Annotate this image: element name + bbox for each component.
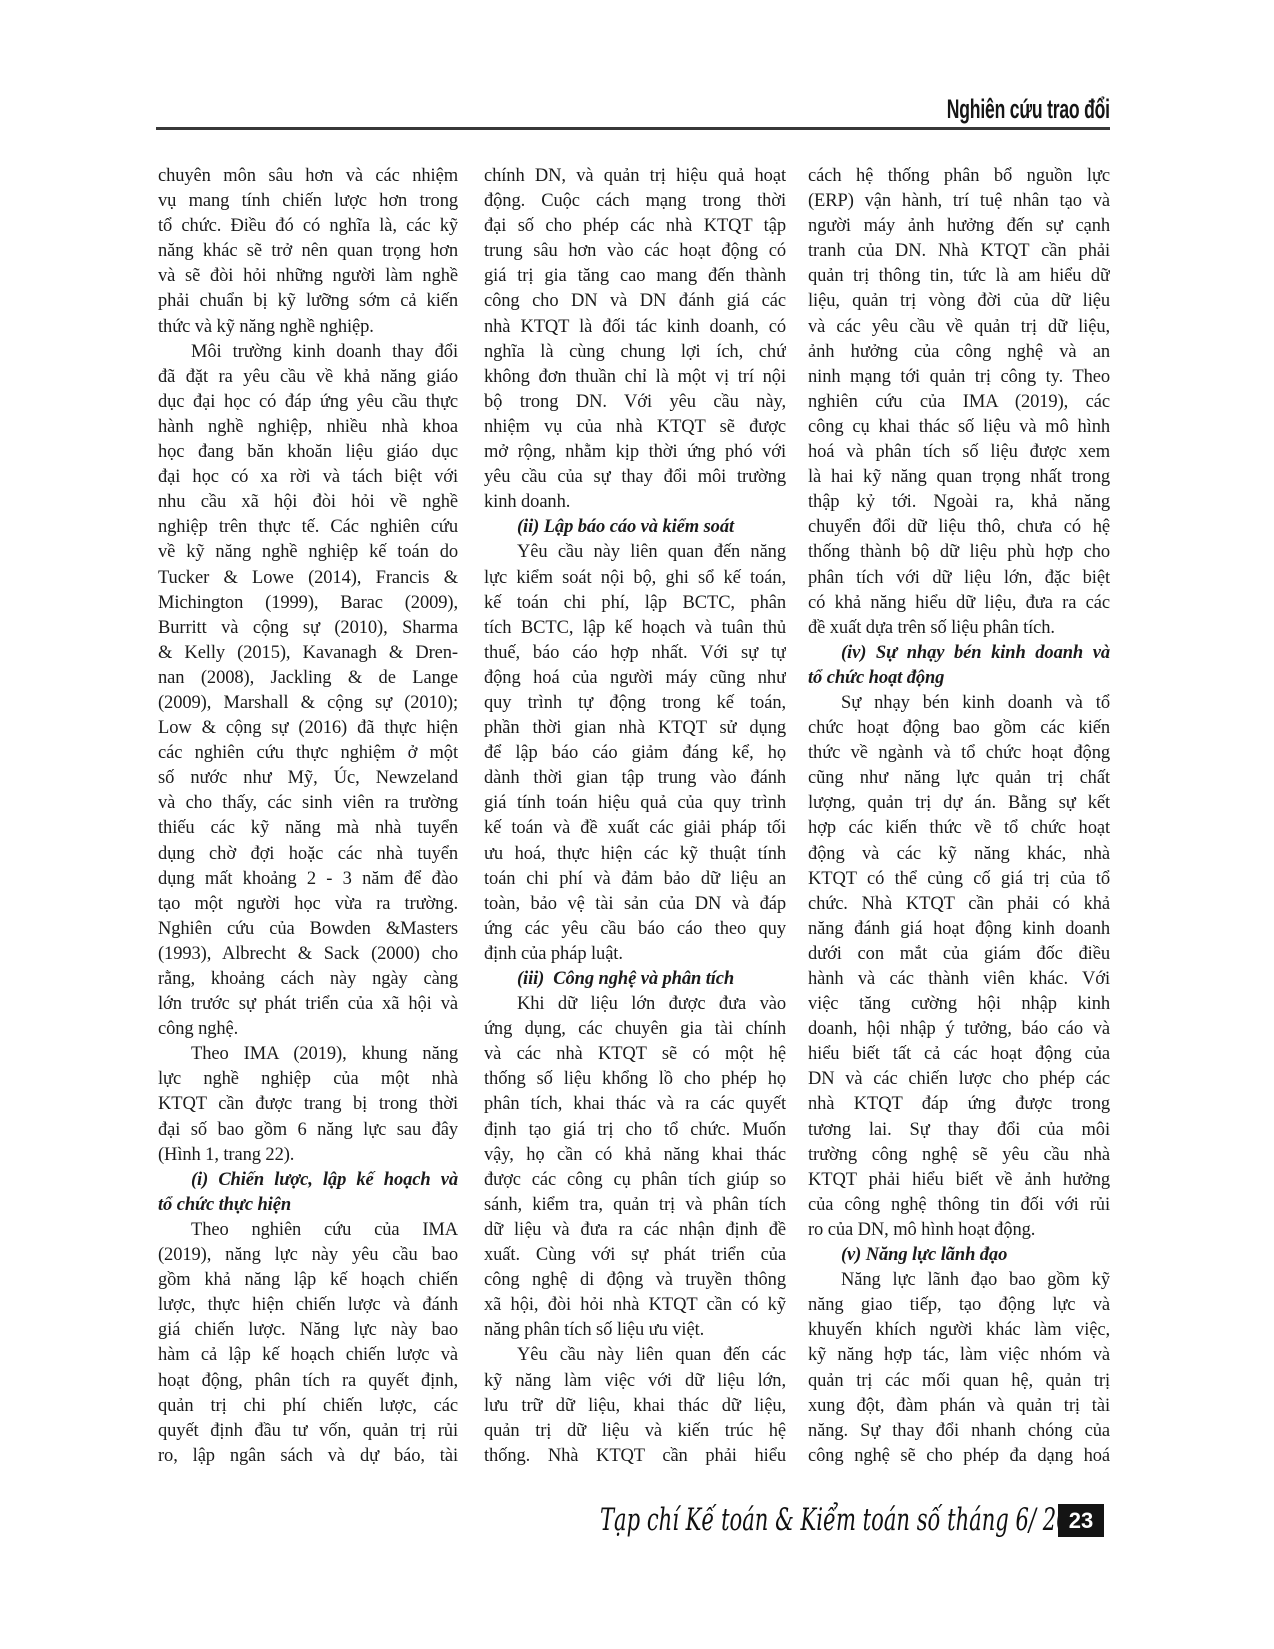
text-line: cũng như năng lực quản trị chất (808, 766, 1110, 791)
text-line: động và các kỹ năng khác, nhà (808, 842, 1110, 867)
text-column-1: chuyên môn sâu hơn và các nhiệmvụ mang t… (158, 164, 458, 1469)
text-line: kế toán chi phí, lập BCTC, phân (484, 591, 786, 616)
text-column-3: cách hệ thống phân bổ nguồn lực(ERP) vận… (808, 164, 1110, 1469)
text-line: công nghệ. (158, 1017, 458, 1042)
text-line: thống thành bộ dữ liệu phù hợp cho (808, 540, 1110, 565)
text-line: KTQT cần được trang bị trong thời (158, 1092, 458, 1117)
text-line: chuyển đổi dữ liệu thô, chưa có hệ (808, 515, 1110, 540)
page-number-badge: 23 (1058, 1504, 1104, 1537)
text-line: tạo một người học vừa ra trường. (158, 892, 458, 917)
text-line: nhà KTQT là đối tác kinh doanh, có (484, 315, 786, 340)
text-line: lớn trước sự phát triển của xã hội và (158, 992, 458, 1017)
text-line: lược, thực hiện chiến lược và đánh (158, 1293, 458, 1318)
text-line: trung sâu hơn vào các hoạt động có (484, 239, 786, 264)
text-line: dành thời gian tập trung vào đánh (484, 766, 786, 791)
text-line: quyết định đầu tư vốn, quản trị rủi (158, 1419, 458, 1444)
text-line: thức về ngành và tổ chức hoạt động (808, 741, 1110, 766)
text-line: số nước như Mỹ, Úc, Newzeland (158, 766, 458, 791)
text-line: tích BCTC, lập kế hoạch và tuân thủ (484, 616, 786, 641)
text-line: về kỹ năng nghề nghiệp kế toán do (158, 540, 458, 565)
text-line: hàm cả lập kế hoạch chiến lược và (158, 1343, 458, 1368)
text-line: chính DN, và quản trị hiệu quả hoạt (484, 164, 786, 189)
journal-title-text: Tạp chí Kế toán & Kiểm toán số tháng 6/ … (600, 1500, 1096, 1540)
text-line: kỹ năng làm việc với dữ liệu lớn, (484, 1369, 786, 1394)
text-line: Yêu cầu này liên quan đến năng (484, 540, 786, 565)
text-line: dục đại học có đáp ứng yêu cầu thực (158, 390, 458, 415)
text-line: Khi dữ liệu lớn được đưa vào (484, 992, 786, 1017)
text-line: (2009), Marshall & cộng sự (2010); (158, 691, 458, 716)
text-line: (iv) Sự nhạy bén kinh doanh và (808, 641, 1110, 666)
text-line: vậy, họ cần có khả năng khai thác (484, 1143, 786, 1168)
text-line: phần thời gian nhà KTQT sử dụng (484, 716, 786, 741)
text-line: giá trị gia tăng cao mang đến thành (484, 264, 786, 289)
text-line: quản trị chi phí chiến lược, các (158, 1394, 458, 1419)
text-line: người máy ảnh hưởng đến sự cạnh (808, 214, 1110, 239)
header-rule (156, 127, 1110, 130)
text-line: & Kelly (2015), Kavanagh & Dren- (158, 641, 458, 666)
text-line: công cụ khai thác số liệu và mô hình (808, 415, 1110, 440)
footer-journal-title: Tạp chí Kế toán & Kiểm toán số tháng 6/ … (600, 1500, 1274, 1544)
text-line: KTQT có thể củng cố giá trị của tổ (808, 867, 1110, 892)
text-line: (1993), Albrecht & Sack (2000) cho (158, 942, 458, 967)
text-line: và sẽ đòi hỏi những người làm nghề (158, 264, 458, 289)
text-line: nhiệm vụ của nhà KTQT sẽ được (484, 415, 786, 440)
text-line: việc tăng cường hội nhập kinh (808, 992, 1110, 1017)
text-line: công nghệ di động và truyền thông (484, 1268, 786, 1293)
text-line: phân tích, khai thác và ra các quyết (484, 1092, 786, 1117)
text-line: tổ chức thực hiện (158, 1193, 458, 1218)
text-line: quản trị thông tin, tức là am hiểu dữ (808, 264, 1110, 289)
text-column-2: chính DN, và quản trị hiệu quả hoạtđộng.… (484, 164, 786, 1469)
text-line: đã đặt ra yêu cầu về khả năng giáo (158, 365, 458, 390)
text-line: năng đánh giá hoạt động kinh doanh (808, 917, 1110, 942)
text-line: thống. Nhà KTQT cần phải hiểu (484, 1444, 786, 1469)
text-line: nghiên cứu của IMA (2019), các (808, 390, 1110, 415)
text-line: động. Cuộc cách mạng trong thời (484, 189, 786, 214)
text-line: định tạo giá trị cho tổ chức. Muốn (484, 1118, 786, 1143)
text-line: liệu, quản trị vòng đời của dữ liệu (808, 289, 1110, 314)
text-line: gồm khả năng lập kế hoạch chiến (158, 1268, 458, 1293)
text-line: xung đột, đàm phán và quản trị tài (808, 1394, 1110, 1419)
text-line: hiểu biết tất cả các hoạt động của (808, 1042, 1110, 1067)
text-line: có khả năng hiểu dữ liệu, đưa ra các (808, 591, 1110, 616)
text-line: (iii) Công nghệ và phân tích (484, 967, 786, 992)
text-line: hoá và phân tích số liệu được xem (808, 440, 1110, 465)
text-line: yêu cầu của sự thay đổi môi trường (484, 465, 786, 490)
text-line: ro của DN, mô hình hoạt động. (808, 1218, 1110, 1243)
text-line: đại số cho phép các nhà KTQT tập (484, 214, 786, 239)
text-line: dụng mất khoảng 2 - 3 năm để đào (158, 867, 458, 892)
text-line: không đơn thuần chỉ là một vị trí nội (484, 365, 786, 390)
text-line: Năng lực lãnh đạo bao gồm kỹ (808, 1268, 1110, 1293)
text-line: và các yêu cầu về quản trị dữ liệu, (808, 315, 1110, 340)
text-line: ứng các yêu cầu báo cáo theo quy (484, 917, 786, 942)
text-line: doanh, hội nhập ý tưởng, báo cáo và (808, 1017, 1110, 1042)
text-line: quản trị dữ liệu và kiến trúc hệ (484, 1419, 786, 1444)
text-line: Michington (1999), Barac (2009), (158, 591, 458, 616)
text-line: chức. Nhà KTQT cần phải có khả (808, 892, 1110, 917)
text-line: Burritt và cộng sự (2010), Sharma (158, 616, 458, 641)
text-line: cách hệ thống phân bổ nguồn lực (808, 164, 1110, 189)
text-line: rằng, khoảng cách này ngày càng (158, 967, 458, 992)
text-line: chuyên môn sâu hơn và các nhiệm (158, 164, 458, 189)
text-line: (ii) Lập báo cáo và kiểm soát (484, 515, 786, 540)
text-line: và các nhà KTQT sẽ có một hệ (484, 1042, 786, 1067)
text-line: thức và kỹ năng nghề nghiệp. (158, 315, 458, 340)
text-line: ro, lập ngân sách và dự báo, tài (158, 1444, 458, 1469)
text-line: nhu cầu xã hội đòi hỏi về nghề (158, 490, 458, 515)
text-line: công cho DN và DN đánh giá các (484, 289, 786, 314)
text-line: học đang băn khoăn liệu giáo dục (158, 440, 458, 465)
text-line: giá tính toán hiệu quả của quy trình (484, 791, 786, 816)
text-line: khuyến khích người khác làm việc, (808, 1318, 1110, 1343)
text-line: năng phân tích số liệu ưu việt. (484, 1318, 786, 1343)
text-line: năng giao tiếp, tạo động lực và (808, 1293, 1110, 1318)
text-line: lưu trữ dữ liệu, khai thác dữ liệu, (484, 1394, 786, 1419)
text-line: phân tích với dữ liệu lớn, đặc biệt (808, 566, 1110, 591)
text-line: động hoá của người máy cũng như (484, 666, 786, 691)
text-line: toán chi phí và đảm bảo dữ liệu an (484, 867, 786, 892)
text-line: sánh, kiểm tra, quản trị và phân tích (484, 1193, 786, 1218)
text-line: tương lai. Sự thay đổi của môi (808, 1118, 1110, 1143)
text-line: Tucker & Lowe (2014), Francis & (158, 566, 458, 591)
text-line: (i) Chiến lược, lập kế hoạch và (158, 1168, 458, 1193)
text-line: bộ trong DN. Với yêu cầu này, (484, 390, 786, 415)
text-line: vụ mang tính chiến lược hơn trong (158, 189, 458, 214)
text-line: đại học có xa rời và tách biệt với (158, 465, 458, 490)
text-line: xã hội, đòi hỏi nhà KTQT cần có kỹ (484, 1293, 786, 1318)
text-line: ảnh hưởng của công nghệ và an (808, 340, 1110, 365)
text-line: lượng, quản trị dự án. Bằng sự kết (808, 791, 1110, 816)
journal-page: Nghiên cứu trao đổi chuyên môn sâu hơn v… (0, 0, 1274, 1649)
text-line: thập kỷ tới. Ngoài ra, khả năng (808, 490, 1110, 515)
text-line: dụng chờ đợi hoặc các nhà tuyển (158, 842, 458, 867)
text-line: (v) Năng lực lãnh đạo (808, 1243, 1110, 1268)
text-line: công nghệ sẽ cho phép đa dạng hoá (808, 1444, 1110, 1469)
text-line: kế toán và đề xuất các giải pháp tối (484, 816, 786, 841)
text-line: Low & cộng sự (2016) đã thực hiện (158, 716, 458, 741)
text-line: quy trình tự động trong kế toán, (484, 691, 786, 716)
text-line: kinh doanh. (484, 490, 786, 515)
running-head: Nghiên cứu trao đổi (859, 92, 1110, 126)
text-line: thuế, báo cáo hợp nhất. Với sự tự (484, 641, 786, 666)
section-title: Nghiên cứu trao đổi (947, 92, 1110, 126)
text-line: (Hình 1, trang 22). (158, 1143, 458, 1168)
text-line: (ERP) vận hành, trí tuệ nhân tạo và (808, 189, 1110, 214)
text-line: hoạt động, phân tích ra quyết định, (158, 1369, 458, 1394)
text-line: hành và các thành viên khác. Với (808, 967, 1110, 992)
text-line: quản trị các mối quan hệ, quản trị (808, 1369, 1110, 1394)
text-line: tổ chức hoạt động (808, 666, 1110, 691)
text-line: ninh mạng tới quản trị công ty. Theo (808, 365, 1110, 390)
text-line: thiếu các kỹ năng mà nhà tuyển (158, 816, 458, 841)
text-line: được các công cụ phân tích giúp so (484, 1168, 786, 1193)
text-line: xuất. Cùng với sự phát triển của (484, 1243, 786, 1268)
text-line: định của pháp luật. (484, 942, 786, 967)
text-line: và cho thấy, các sinh viên ra trường (158, 791, 458, 816)
text-line: (2019), năng lực này yêu cầu bao (158, 1243, 458, 1268)
text-line: tổ chức. Điều đó có nghĩa là, các kỹ (158, 214, 458, 239)
text-line: thống số liệu khổng lồ cho phép họ (484, 1067, 786, 1092)
text-line: phải chuẩn bị kỹ lưỡng sớm cả kiến (158, 289, 458, 314)
text-line: nghiệp trên thực tế. Các nghiên cứu (158, 515, 458, 540)
text-line: hành nghề nghiệp, nhiều nhà khoa (158, 415, 458, 440)
text-line: để lập báo cáo giảm đáng kể, họ (484, 741, 786, 766)
text-line: nan (2008), Jackling & de Lange (158, 666, 458, 691)
text-line: Theo IMA (2019), khung năng (158, 1042, 458, 1067)
text-line: lực kiểm soát nội bộ, ghi sổ kế toán, (484, 566, 786, 591)
text-line: giá chiến lược. Năng lực này bao (158, 1318, 458, 1343)
text-line: Theo nghiên cứu của IMA (158, 1218, 458, 1243)
text-line: tranh của DN. Nhà KTQT cần phải (808, 239, 1110, 264)
text-line: mở rộng, nhằm kịp thời ứng phó với (484, 440, 786, 465)
text-line: chức hoạt động bao gồm các kiến (808, 716, 1110, 741)
text-line: dưới con mắt của giám đốc điều (808, 942, 1110, 967)
text-line: trường công nghệ sẽ yêu cầu nhà (808, 1143, 1110, 1168)
text-line: Nghiên cứu của Bowden &Masters (158, 917, 458, 942)
text-line: đề xuất dựa trên số liệu phân tích. (808, 616, 1110, 641)
text-line: lực nghề nghiệp của một nhà (158, 1067, 458, 1092)
text-line: của công nghệ thông tin đối với rủi (808, 1193, 1110, 1218)
text-line: các nghiên cứu thực nghiệm ở một (158, 741, 458, 766)
text-line: là hai kỹ năng quan trọng nhất trong (808, 465, 1110, 490)
text-line: kỹ năng hợp tác, làm việc nhóm và (808, 1343, 1110, 1368)
text-line: DN và các chiến lược cho phép các (808, 1067, 1110, 1092)
text-line: đại số bao gồm 6 năng lực sau đây (158, 1118, 458, 1143)
text-line: Sự nhạy bén kinh doanh và tổ (808, 691, 1110, 716)
text-line: Yêu cầu này liên quan đến các (484, 1343, 786, 1368)
text-line: dữ liệu và đưa ra các nhận định đề (484, 1218, 786, 1243)
text-line: Môi trường kinh doanh thay đổi (158, 340, 458, 365)
text-line: toàn, bảo vệ tài sản của DN và đáp (484, 892, 786, 917)
text-line: ứng dụng, các chuyên gia tài chính (484, 1017, 786, 1042)
text-line: nghĩa là cùng chung lợi ích, chứ (484, 340, 786, 365)
text-line: năng. Sự thay đổi nhanh chóng của (808, 1419, 1110, 1444)
text-line: nhà KTQT đáp ứng được trong (808, 1092, 1110, 1117)
text-line: KTQT phải hiểu biết về ảnh hưởng (808, 1168, 1110, 1193)
text-line: năng khác sẽ trở nên quan trọng hơn (158, 239, 458, 264)
text-line: ưu hoá, thực hiện các kỹ thuật tính (484, 842, 786, 867)
text-line: hợp các kiến thức về tổ chức hoạt (808, 816, 1110, 841)
